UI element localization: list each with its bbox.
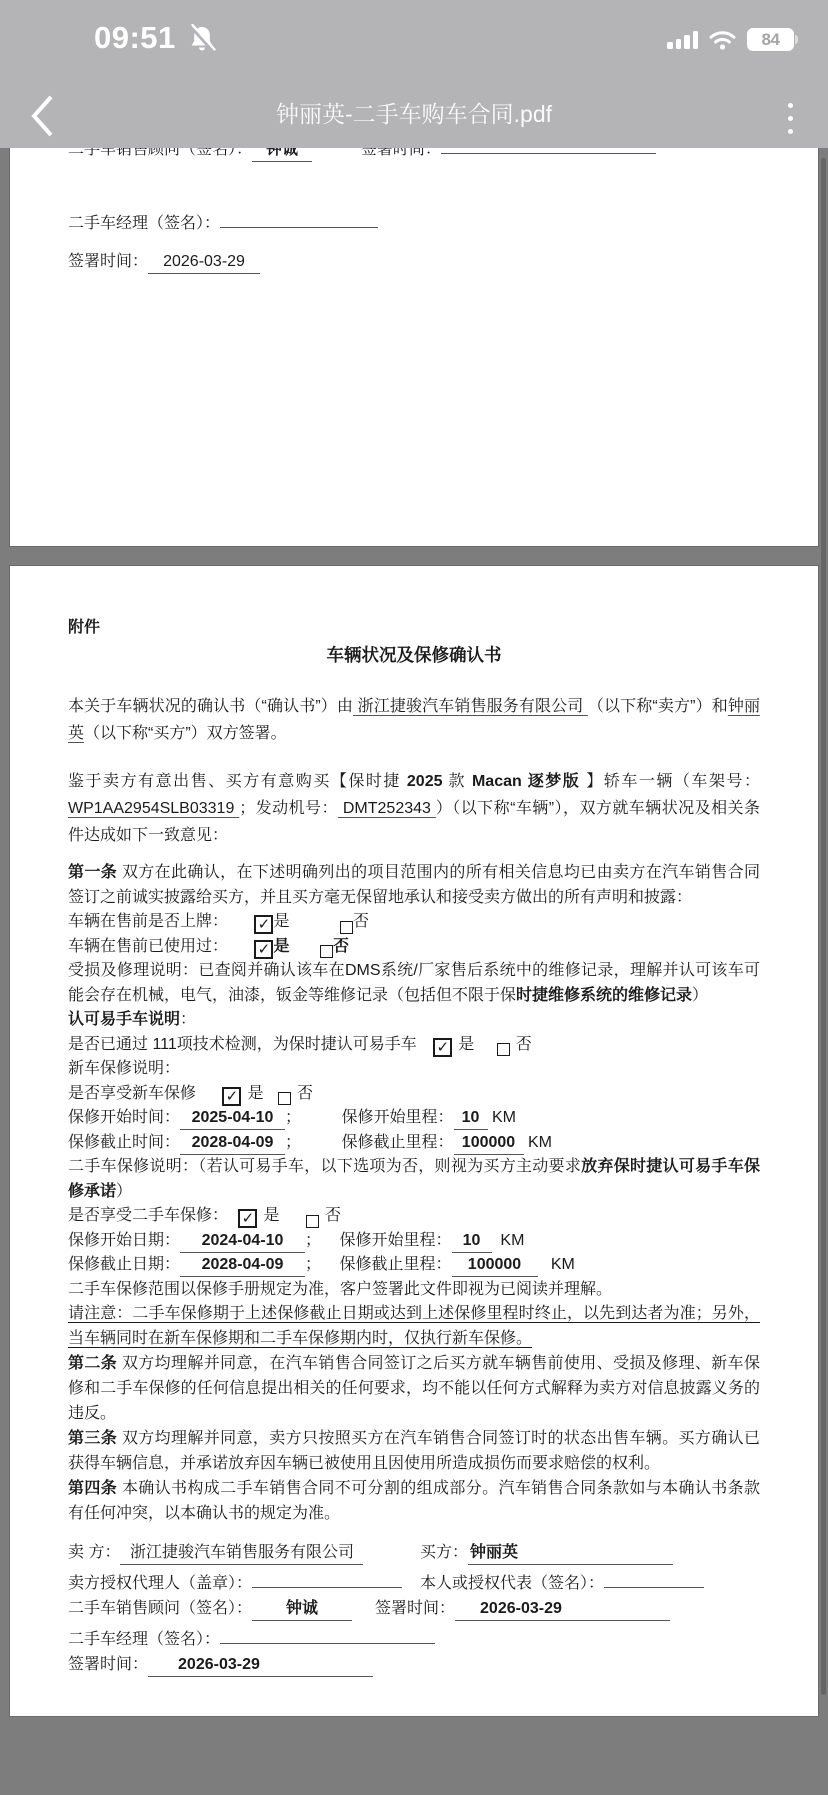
advisor-name: 钟诚 — [252, 1599, 352, 1621]
document-title: 钟丽英-二手车购车合同.pdf — [90, 96, 738, 129]
battery-level: 84 — [762, 30, 780, 50]
warranty-start-date: 2025-04-10 — [180, 1108, 285, 1130]
back-button[interactable] — [26, 90, 60, 142]
uw-end-date: 2028-04-09 — [180, 1255, 305, 1277]
scope-note: 二手车保修范围以保修手册规定为准，客户签署此文件即视为已阅读并理解。 — [68, 1278, 760, 1303]
sign-date-value: 2026-03-29 — [148, 252, 260, 274]
warranty-start-km: 10 — [454, 1108, 488, 1130]
article-3: 第三条 双方均理解并同意，卖方只按照买方在汽车销售合同签订时的状态出售车辆。买方… — [68, 1426, 760, 1476]
checkbox-no-empty — [306, 1215, 319, 1228]
warranty-end-date: 2028-04-09 — [180, 1133, 285, 1155]
manager-blank — [220, 1622, 435, 1644]
manager-row: 二手车经理（签名）： — [68, 1622, 760, 1653]
advisor-signature-row-clipped: 二手车销售顾问（签名）：钟诚 签署时间： — [68, 148, 760, 162]
article-4: 第四条 本确认书构成二手车销售合同不可分割的组成部分。汽车销售合同条款如与本确认… — [68, 1476, 760, 1526]
battery-icon: 84 — [747, 28, 798, 51]
bell-slash-icon — [188, 24, 216, 59]
signature-block: 卖 方：浙江捷骏汽车销售服务有限公司 买方：钟丽英 卖方授权代理人（盖章）： 本… — [68, 1540, 760, 1678]
article-2: 第二条 双方均理解并同意，在汽车销售合同签订之后买方就车辆售前使用、受损及修理、… — [68, 1351, 760, 1426]
sign-date-2: 2026-03-29 — [148, 1655, 373, 1677]
advisor-date-row: 二手车销售顾问（签名）：钟诚 签署时间：2026-03-29 — [68, 1596, 760, 1622]
attachment-title: 车辆状况及保修确认书 — [68, 643, 760, 667]
attachment-label: 附件 — [68, 616, 760, 640]
new-warranty-start-row: 保修开始时间：2025-04-10； 保修开始里程：10 KM — [68, 1106, 760, 1131]
scrollbar-thumb[interactable] — [821, 158, 826, 1695]
cellular-signal-icon — [667, 31, 698, 49]
checkbox-yes-checked: ✓ — [254, 915, 273, 934]
uw-start-km: 10 — [452, 1231, 492, 1253]
notice-paragraph: 请注意：二手车保修期于上述保修截止日期或达到上述保修里程时终止，以先到达者为准；… — [68, 1302, 760, 1351]
date-row: 签署时间：2026-03-29 — [68, 1652, 760, 1678]
article-1: 第一条 双方在此确认，在下述明确列出的项目范围内的所有相关信息均已由卖方在汽车销… — [68, 860, 760, 910]
checkbox-no-empty — [320, 945, 333, 958]
buyer-name: 钟丽英 — [468, 1543, 673, 1565]
uw-end-km: 100000 — [452, 1255, 538, 1277]
checkbox-no-empty — [340, 921, 353, 934]
agents-row: 卖方授权代理人（盖章）： 本人或授权代表（签名）： — [68, 1566, 760, 1597]
seller-agent-blank — [252, 1566, 402, 1588]
manager-signature-blank — [220, 206, 378, 228]
plate-checkbox-row: 车辆在售前是否上牌： ✓是 否 — [68, 910, 760, 935]
uw-start-date: 2024-04-10 — [180, 1231, 305, 1253]
whereas-paragraph: 鉴于卖方有意出售、买方有意购买【保时捷 2025 款 Macan 逐梦版 】轿车… — [68, 768, 760, 849]
checkbox-yes-checked: ✓ — [433, 1038, 452, 1057]
sign-date-blank — [441, 148, 656, 154]
checkbox-no-empty — [497, 1043, 510, 1056]
new-warranty-end-row: 保修截止时间：2028-04-09； 保修截止里程：100000 KM — [68, 1131, 760, 1156]
checkbox-yes-checked: ✓ — [254, 940, 273, 959]
checkbox-yes-checked: ✓ — [238, 1209, 257, 1228]
manager-signature-row: 二手车经理（签名）： — [68, 206, 760, 233]
status-time: 09:51 — [94, 20, 176, 56]
new-warranty-heading: 新车保修说明： — [68, 1057, 760, 1082]
used-warranty-end-row: 保修截止日期：2028-04-09； 保修截止里程：100000 KM — [68, 1253, 760, 1278]
advisor-signature-value: 钟诚 — [252, 148, 312, 162]
used-warranty-checkbox-row: 是否享受二手车保修： ✓是 否 — [68, 1204, 760, 1229]
used-checkbox-row: 车辆在售前已使用过： ✓是 否 — [68, 935, 760, 960]
used-warranty-note: 二手车保修说明：（若认可易手车，以下选项为否，则视为买方主动要求放弃保时捷认可易… — [68, 1155, 760, 1204]
approved-checkbox-row: 是否已通过 111项技术检测，为保时捷认可易手车 ✓是 否 — [68, 1033, 760, 1058]
status-icons: 84 — [667, 28, 798, 51]
sign-date-1: 2026-03-29 — [455, 1599, 670, 1621]
used-warranty-start-row: 保修开始日期：2024-04-10； 保修开始里程：10 KM — [68, 1229, 760, 1254]
buyer-agent-blank — [604, 1566, 704, 1588]
pdf-page-2: 附件 车辆状况及保修确认书 本关于车辆状况的确认书（“确认书”）由 浙江捷骏汽车… — [10, 566, 818, 1716]
new-warranty-checkbox-row: 是否享受新车保修 ✓是 否 — [68, 1082, 760, 1107]
warranty-end-km: 100000 — [454, 1133, 524, 1155]
damage-note: 受损及修理说明：已查阅并确认该车在DMS系统/厂家售后系统中的维修记录，理解并认… — [68, 959, 760, 1008]
checkbox-no-empty — [278, 1092, 291, 1105]
pdf-viewer-screen: 09:51 84 — [0, 0, 828, 1795]
intro-paragraph: 本关于车辆状况的确认书（“确认书”）由 浙江捷骏汽车销售服务有限公司 （以下称“… — [68, 693, 760, 747]
app-header: 09:51 84 — [0, 0, 828, 148]
more-menu-button[interactable] — [780, 96, 800, 140]
seller-buyer-row: 卖 方：浙江捷骏汽车销售服务有限公司 买方：钟丽英 — [68, 1540, 760, 1566]
approved-heading: 认可易手车说明： — [68, 1008, 760, 1033]
wifi-icon — [709, 30, 736, 50]
pdf-page-1: 二手车销售顾问（签名）：钟诚 签署时间： 二手车经理（签名）： 签署时间：202… — [10, 148, 818, 546]
seller-name: 浙江捷骏汽车销售服务有限公司 — [120, 1543, 363, 1565]
sign-date-row: 签署时间：2026-03-29 — [68, 248, 760, 274]
checkbox-yes-checked: ✓ — [222, 1087, 241, 1106]
